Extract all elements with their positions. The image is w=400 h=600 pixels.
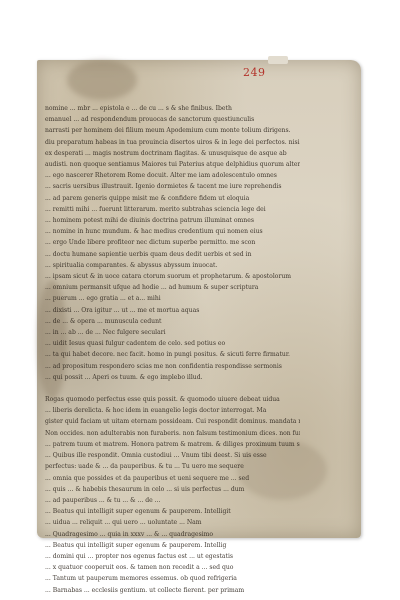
text-line: diu preparatum habeas in tua prouincia d… xyxy=(45,137,300,148)
text-line: ... ad parem generis quippe misit me & c… xyxy=(45,193,300,204)
text-line: ... dixisti ... Ora igitur ... ut ... me… xyxy=(45,305,300,316)
text-line: ... ego nascerer Rhetorem Rome docuit. A… xyxy=(45,170,300,181)
text-line: ... Beatus qui intelligit super egenum &… xyxy=(45,506,300,517)
text-line: ... puerum ... ego gratia ... et a... mi… xyxy=(45,293,300,304)
text-line: ... x quatuor cooperuit eos. & tamen non… xyxy=(45,562,300,573)
text-line: ... Quadragesimo ... quia in xxxv ... & … xyxy=(45,529,300,540)
text-line: ex desperati ... magis nostrum doctrinam… xyxy=(45,148,300,159)
stain xyxy=(67,60,137,100)
text-line: ... remitti mihi ... fuerunt litterarum.… xyxy=(45,204,300,215)
text-line: ... ipsam sicut & in uoce catara ctorum … xyxy=(45,271,300,282)
text-line: ... omnium permansit ufque ad hodie ... … xyxy=(45,282,300,293)
text-line: audisti. non quoque sentiamus Maiores tu… xyxy=(45,159,300,170)
text-line: ... Barnabas ... ecclesiis gentium. ut c… xyxy=(45,585,300,596)
text-line: ... spiritualia comparantes. & abyssus a… xyxy=(45,260,300,271)
text-line: ... uidit Iesus quasi fulgur cadentem de… xyxy=(45,338,300,349)
text-line: ... Tantum ut pauperum memores essemus. … xyxy=(45,573,300,584)
text-line: ... sacris uersibus illustrauit. Igenio … xyxy=(45,181,300,192)
text-line: ... hominem potest mihi de diuinis doctr… xyxy=(45,215,300,226)
text-line: ... domini qui ... propter nos egenus fa… xyxy=(45,551,300,562)
text-line: narrasti per hominem dei filium meum Apo… xyxy=(45,125,300,136)
text-line: ... liberis derelicta. & hoc idem in eua… xyxy=(45,405,300,416)
text-line: ... de ... & opera ... munuscula cedunt xyxy=(45,316,300,327)
text-line: ... patrem tuum et matrem. Honora patrem… xyxy=(45,439,300,450)
text-line: ... ad propositum respondero scias me no… xyxy=(45,361,300,372)
text-line: ... quis ... & habebis thesaurum in celo… xyxy=(45,484,300,495)
text-line: ... ta qui habet decore. nec facit. homo… xyxy=(45,349,300,360)
text-line: ... doctu humane sapientie uerbis quam d… xyxy=(45,249,300,260)
paper-tab xyxy=(268,56,288,64)
text-line: Rogas quomodo perfectus esse quis possit… xyxy=(45,394,300,405)
text-line: emanuel ... ad respondendum prouocas de … xyxy=(45,114,300,125)
text-line: gister quid faciam ut uitam eternam poss… xyxy=(45,416,300,427)
text-line: nomine ... mbr ... epistola e ... de cu … xyxy=(45,103,300,114)
text-line: ... qui possit ... Aperi os tuum. & ego … xyxy=(45,372,300,383)
text-line: ... omnia que possides et da pauperibus … xyxy=(45,473,300,484)
manuscript-text: nomine ... mbr ... epistola e ... de cu … xyxy=(45,103,300,596)
text-line: ... ad pauperibus ... & tu ... & ... de … xyxy=(45,495,300,506)
text-line: perfectus: uade & ... da pauperibus. & t… xyxy=(45,461,300,472)
folio-number: 249 xyxy=(243,66,266,79)
text-line: ... nomine in hunc mundum. & hac medius … xyxy=(45,226,300,237)
text-line: ... Beatus qui intelligit super egenum &… xyxy=(45,540,300,551)
text-line: ... Quibus ille respondit. Omnia custodi… xyxy=(45,450,300,461)
text-line: Non occides. non adulterabis non furaber… xyxy=(45,428,300,439)
text-line: ... in ... ab ... de ... Nec fulgere sec… xyxy=(45,327,300,338)
text-line: ... ergo Unde libere profiteor nec dictu… xyxy=(45,237,300,248)
text-line: ... uidua ... reliquit ... qui uero ... … xyxy=(45,517,300,528)
